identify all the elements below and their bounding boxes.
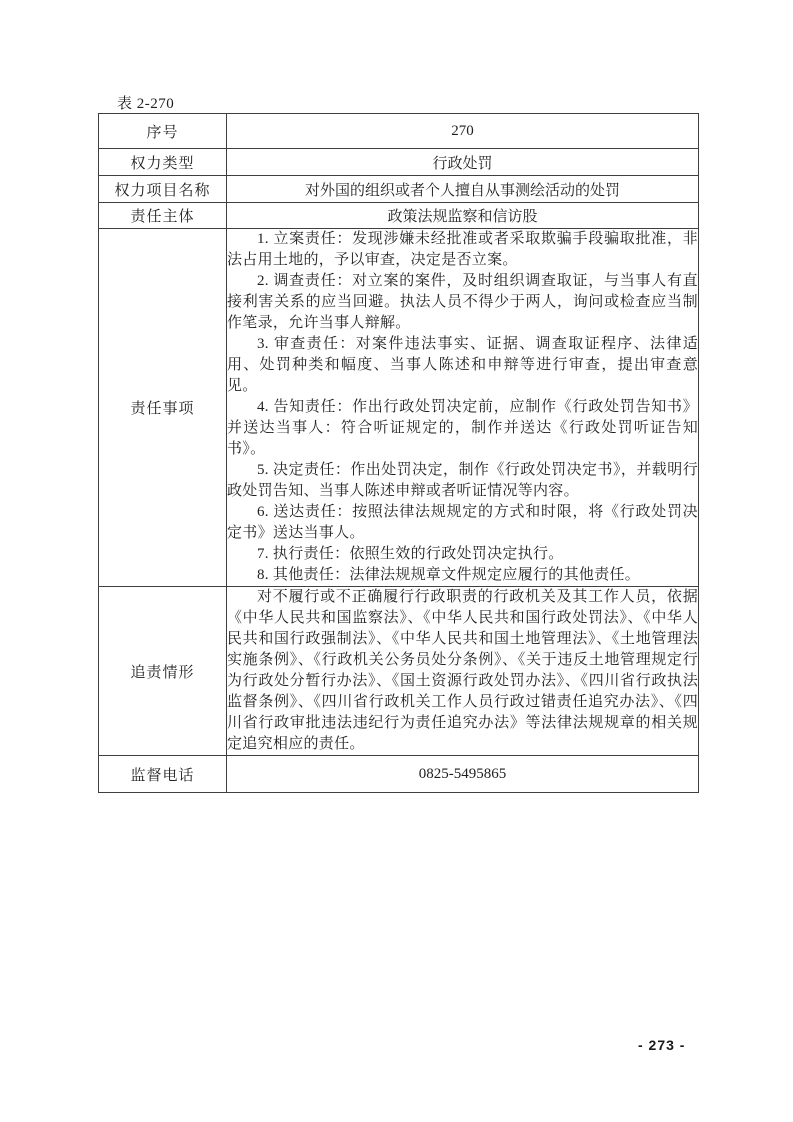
- page-number: - 273 -: [638, 1037, 685, 1053]
- table-row-supervision-phone: 监督电话 0825-5495865: [99, 756, 699, 793]
- table-caption: 表 2-270: [117, 92, 174, 113]
- row-value-power-type: 行政处罚: [227, 149, 699, 176]
- row-label-supervision-phone: 监督电话: [99, 756, 227, 793]
- responsibility-item-1: 1. 立案责任：发现涉嫌未经批准或者采取欺骗手段骗取批准，非法占用土地的，予以审…: [227, 229, 698, 271]
- row-label-accountability-situations: 追责情形: [99, 587, 227, 756]
- row-label-power-type: 权力类型: [99, 149, 227, 176]
- table-row-responsibility-items: 责任事项 1. 立案责任：发现涉嫌未经批准或者采取欺骗手段骗取批准，非法占用土地…: [99, 229, 699, 587]
- table-row-serial-number: 序号 270: [99, 114, 699, 149]
- table-row-power-type: 权力类型 行政处罚: [99, 149, 699, 176]
- row-label-serial-number: 序号: [99, 114, 227, 149]
- power-responsibility-table: 序号 270 权力类型 行政处罚 权力项目名称 对外国的组织或者个人擅自从事测绘…: [98, 113, 699, 793]
- row-label-responsibility-items: 责任事项: [99, 229, 227, 587]
- responsibility-item-7: 7. 执行责任：依照生效的行政处罚决定执行。: [227, 544, 698, 565]
- accountability-paragraph: 对不履行或不正确履行行政职责的行政机关及其工作人员，依据《中华人民共和国监察法》…: [227, 587, 698, 755]
- row-value-supervision-phone: 0825-5495865: [227, 756, 699, 793]
- document-page: 表 2-270 序号 270 权力类型 行政处罚 权力项目名称 对外国的组织或者…: [0, 0, 793, 1122]
- table-row-power-item-name: 权力项目名称 对外国的组织或者个人擅自从事测绘活动的处罚: [99, 176, 699, 203]
- row-value-responsibility-items: 1. 立案责任：发现涉嫌未经批准或者采取欺骗手段骗取批准，非法占用土地的，予以审…: [227, 229, 699, 587]
- responsibility-item-4: 4. 告知责任：作出行政处罚决定前，应制作《行政处罚告知书》并送达当事人：符合听…: [227, 397, 698, 460]
- row-value-serial-number: 270: [227, 114, 699, 149]
- table-row-accountability-situations: 追责情形 对不履行或不正确履行行政职责的行政机关及其工作人员，依据《中华人民共和…: [99, 587, 699, 756]
- responsibility-item-2: 2. 调查责任：对立案的案件，及时组织调查取证，与当事人有直接利害关系的应当回避…: [227, 271, 698, 334]
- row-value-power-item-name: 对外国的组织或者个人擅自从事测绘活动的处罚: [227, 176, 699, 203]
- responsibility-item-3: 3. 审查责任：对案件违法事实、证据、调查取证程序、法律适用、处罚种类和幅度、当…: [227, 334, 698, 397]
- row-value-responsible-entity: 政策法规监察和信访股: [227, 203, 699, 229]
- responsibility-item-6: 6. 送达责任：按照法律法规规定的方式和时限，将《行政处罚决定书》送达当事人。: [227, 502, 698, 544]
- responsibility-item-8: 8. 其他责任：法律法规规章文件规定应履行的其他责任。: [227, 565, 698, 586]
- row-label-power-item-name: 权力项目名称: [99, 176, 227, 203]
- table-row-responsible-entity: 责任主体 政策法规监察和信访股: [99, 203, 699, 229]
- row-value-accountability-situations: 对不履行或不正确履行行政职责的行政机关及其工作人员，依据《中华人民共和国监察法》…: [227, 587, 699, 756]
- row-label-responsible-entity: 责任主体: [99, 203, 227, 229]
- responsibility-item-5: 5. 决定责任：作出处罚决定，制作《行政处罚决定书》，并载明行政处罚告知、当事人…: [227, 460, 698, 502]
